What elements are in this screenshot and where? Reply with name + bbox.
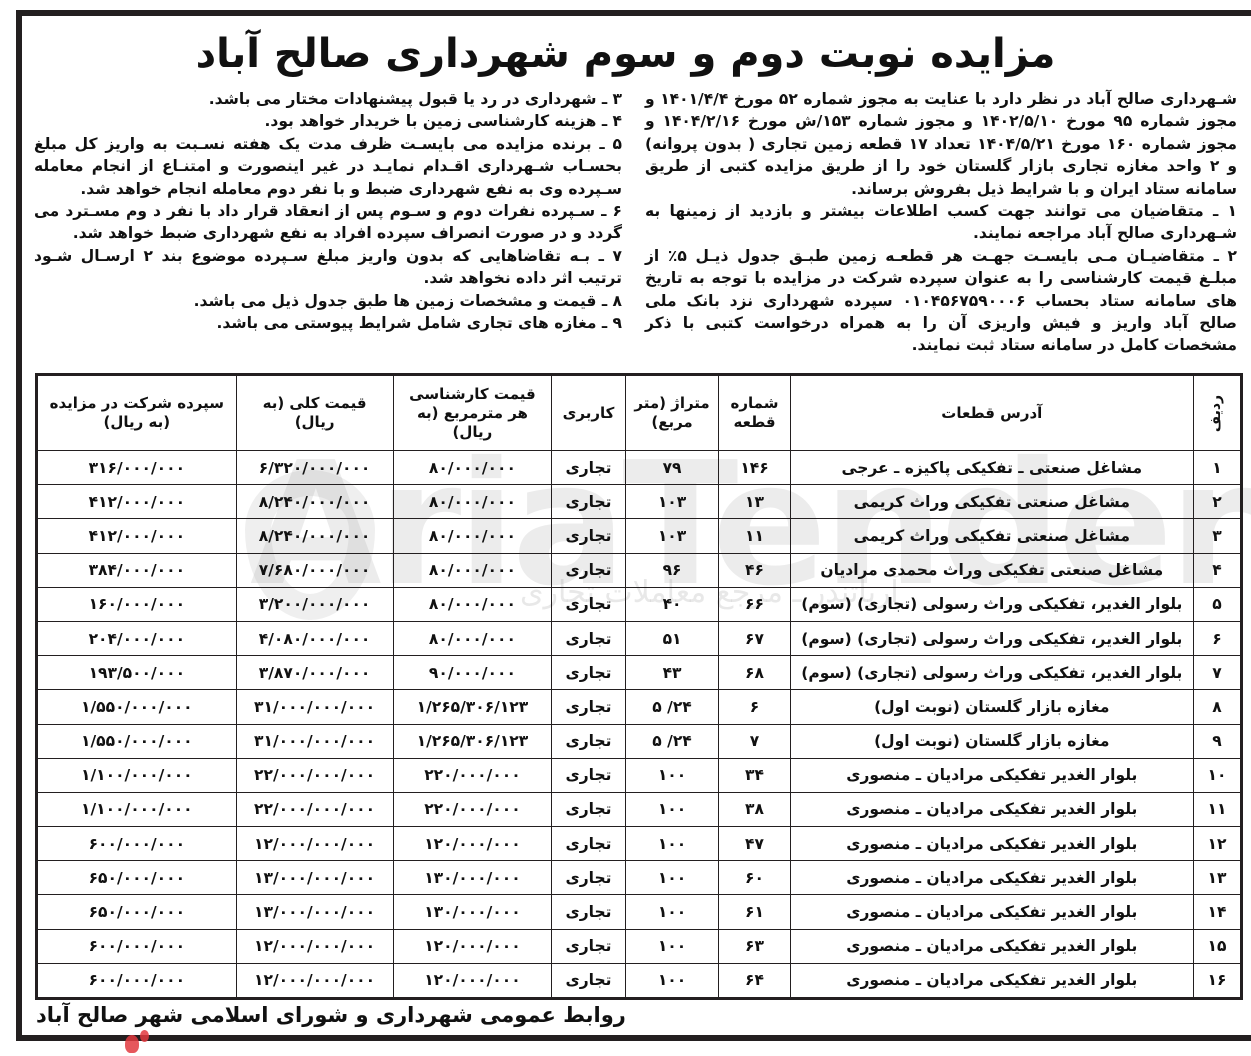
cell-row: ۱۲ bbox=[1193, 827, 1241, 861]
cell-plot-no: ۱۴۶ bbox=[719, 451, 790, 485]
table-header-row: ردیف آدرس قطعات شماره قطعه متراژ (متر مر… bbox=[37, 375, 1242, 451]
table-row: ۱۵بلوار الغدیر تفکیکی مرادیان ـ منصوری۶۳… bbox=[37, 929, 1242, 963]
cell-row: ۱۴ bbox=[1193, 895, 1241, 929]
cell-unit-price: ۱۲۰/۰۰۰/۰۰۰ bbox=[393, 963, 552, 998]
cell-deposit: ۶۰۰/۰۰۰/۰۰۰ bbox=[37, 929, 237, 963]
table-body: ۱مشاغل صنعتی ـ تفکیکی پاکیزه ـ عرجی۱۴۶۷۹… bbox=[37, 451, 1242, 999]
cell-unit-price: ۱۳۰/۰۰۰/۰۰۰ bbox=[393, 861, 552, 895]
cell-area: ۴۰ bbox=[625, 587, 719, 621]
cell-area: ۱۰۰ bbox=[625, 963, 719, 998]
table-row: ۹مغازه بازار گلستان (نوبت اول)۷۲۴/ ۵تجار… bbox=[37, 724, 1242, 758]
cell-plot-no: ۶۳ bbox=[719, 929, 790, 963]
header-total-price: قیمت کلی (به ریال) bbox=[236, 375, 393, 451]
notice-title: مزایده نوبت دوم و سوم شهرداری صالح آباد bbox=[0, 26, 1251, 82]
cell-address: مغازه بازار گلستان (نوبت اول) bbox=[790, 690, 1193, 724]
cell-usage: تجاری bbox=[552, 519, 625, 553]
cell-area: ۹۶ bbox=[625, 553, 719, 587]
cell-row: ۱۱ bbox=[1193, 792, 1241, 826]
condition-item-7: ۷ ـ بـه تقاضاهایی که بدون واریز مبلغ سـپ… bbox=[34, 245, 622, 290]
cell-total-price: ۷/۶۸۰/۰۰۰/۰۰۰ bbox=[236, 553, 393, 587]
intro-column: شـهرداری صالح آباد در نظر دارد با عنایت … bbox=[645, 88, 1237, 357]
table-row: ۳مشاغل صنعتی تفکیکی وراث کریمی۱۱۱۰۳تجاری… bbox=[37, 519, 1242, 553]
cell-usage: تجاری bbox=[552, 621, 625, 655]
cell-unit-price: ۸۰/۰۰۰/۰۰۰ bbox=[393, 587, 552, 621]
cell-deposit: ۱۶۰/۰۰۰/۰۰۰ bbox=[37, 587, 237, 621]
cell-unit-price: ۱۲۰/۰۰۰/۰۰۰ bbox=[393, 827, 552, 861]
cell-total-price: ۳/۸۷۰/۰۰۰/۰۰۰ bbox=[236, 656, 393, 690]
cell-area: ۱۰۰ bbox=[625, 827, 719, 861]
cell-total-price: ۱۲/۰۰۰/۰۰۰/۰۰۰ bbox=[236, 827, 393, 861]
cell-plot-no: ۳۴ bbox=[719, 758, 790, 792]
cell-usage: تجاری bbox=[552, 724, 625, 758]
cell-area: ۱۰۰ bbox=[625, 861, 719, 895]
cell-address: بلوار الغدیر تفکیکی مرادیان ـ منصوری bbox=[790, 929, 1193, 963]
cell-row: ۹ bbox=[1193, 724, 1241, 758]
cell-plot-no: ۷ bbox=[719, 724, 790, 758]
condition-item-1: ۱ ـ متقاضیان می توانند جهت کسب اطلاعات ب… bbox=[645, 200, 1237, 245]
cell-plot-no: ۶۰ bbox=[719, 861, 790, 895]
cell-usage: تجاری bbox=[552, 792, 625, 826]
cell-unit-price: ۸۰/۰۰۰/۰۰۰ bbox=[393, 553, 552, 587]
cell-address: بلوار الغدیر، تفکیکی وراث رسولی (تجاری) … bbox=[790, 621, 1193, 655]
cell-area: ۱۰۰ bbox=[625, 929, 719, 963]
header-area: متراژ (متر مربع) bbox=[625, 375, 719, 451]
table-row: ۱۶بلوار الغدیر تفکیکی مرادیان ـ منصوری۶۴… bbox=[37, 963, 1242, 998]
cell-total-price: ۱۳/۰۰۰/۰۰۰/۰۰۰ bbox=[236, 861, 393, 895]
table-row: ۲مشاغل صنعتی تفکیکی وراث کریمی۱۳۱۰۳تجاری… bbox=[37, 485, 1242, 519]
cell-address: مشاغل صنعتی تفکیکی وراث کریمی bbox=[790, 485, 1193, 519]
table-row: ۴مشاغل صنعتی تفکیکی وراث محمدی مرادیان۴۶… bbox=[37, 553, 1242, 587]
condition-item-9: ۹ ـ مغازه های تجاری شامل شرایط پیوستی می… bbox=[34, 312, 622, 334]
cell-plot-no: ۶۴ bbox=[719, 963, 790, 998]
cell-usage: تجاری bbox=[552, 587, 625, 621]
cell-area: ۴۳ bbox=[625, 656, 719, 690]
cell-row: ۴ bbox=[1193, 553, 1241, 587]
red-ink-mark bbox=[125, 1035, 139, 1053]
cell-deposit: ۶۵۰/۰۰۰/۰۰۰ bbox=[37, 895, 237, 929]
cell-deposit: ۱/۵۵۰/۰۰۰/۰۰۰ bbox=[37, 724, 237, 758]
header-row-number: ردیف bbox=[1193, 375, 1241, 451]
cell-area: ۱۰۳ bbox=[625, 519, 719, 553]
cell-unit-price: ۸۰/۰۰۰/۰۰۰ bbox=[393, 621, 552, 655]
cell-unit-price: ۱۳۰/۰۰۰/۰۰۰ bbox=[393, 895, 552, 929]
table-row: ۸مغازه بازار گلستان (نوبت اول)۶۲۴/ ۵تجار… bbox=[37, 690, 1242, 724]
cell-area: ۵۱ bbox=[625, 621, 719, 655]
cell-row: ۱۳ bbox=[1193, 861, 1241, 895]
cell-address: بلوار الغدیر، تفکیکی وراث رسولی (تجاری) … bbox=[790, 656, 1193, 690]
cell-unit-price: ۹۰/۰۰۰/۰۰۰ bbox=[393, 656, 552, 690]
cell-row: ۱ bbox=[1193, 451, 1241, 485]
cell-area: ۲۴/ ۵ bbox=[625, 724, 719, 758]
cell-total-price: ۱۲/۰۰۰/۰۰۰/۰۰۰ bbox=[236, 963, 393, 998]
cell-row: ۲ bbox=[1193, 485, 1241, 519]
cell-address: بلوار الغدیر تفکیکی مرادیان ـ منصوری bbox=[790, 963, 1193, 998]
condition-item-5: ۵ ـ برنده مزایده می بایسـت ظرف مدت یک هف… bbox=[34, 133, 622, 200]
cell-row: ۶ bbox=[1193, 621, 1241, 655]
cell-usage: تجاری bbox=[552, 963, 625, 998]
cell-deposit: ۶۰۰/۰۰۰/۰۰۰ bbox=[37, 963, 237, 998]
cell-deposit: ۱/۵۵۰/۰۰۰/۰۰۰ bbox=[37, 690, 237, 724]
condition-item-2: ۲ ـ متقاضیـان مـی بایسـت جهـت هر قطعـه ز… bbox=[645, 245, 1237, 357]
cell-deposit: ۶۵۰/۰۰۰/۰۰۰ bbox=[37, 861, 237, 895]
cell-plot-no: ۶۷ bbox=[719, 621, 790, 655]
cell-total-price: ۱۳/۰۰۰/۰۰۰/۰۰۰ bbox=[236, 895, 393, 929]
header-deposit: سپرده شرکت در مزایده (به ریال) bbox=[37, 375, 237, 451]
cell-total-price: ۱۲/۰۰۰/۰۰۰/۰۰۰ bbox=[236, 929, 393, 963]
cell-row: ۸ bbox=[1193, 690, 1241, 724]
cell-area: ۱۰۰ bbox=[625, 758, 719, 792]
cell-deposit: ۱۹۳/۵۰۰/۰۰۰ bbox=[37, 656, 237, 690]
cell-row: ۱۶ bbox=[1193, 963, 1241, 998]
cell-row: ۷ bbox=[1193, 656, 1241, 690]
cell-area: ۱۰۰ bbox=[625, 792, 719, 826]
cell-usage: تجاری bbox=[552, 451, 625, 485]
cell-address: بلوار الغدیر تفکیکی مرادیان ـ منصوری bbox=[790, 758, 1193, 792]
header-unit-price: قیمت کارشناسی هر مترمربع (به ریال) bbox=[393, 375, 552, 451]
table-row: ۱۳بلوار الغدیر تفکیکی مرادیان ـ منصوری۶۰… bbox=[37, 861, 1242, 895]
header-usage: کاربری bbox=[552, 375, 625, 451]
cell-deposit: ۱/۱۰۰/۰۰۰/۰۰۰ bbox=[37, 758, 237, 792]
cell-plot-no: ۶ bbox=[719, 690, 790, 724]
cell-address: مغازه بازار گلستان (نوبت اول) bbox=[790, 724, 1193, 758]
cell-deposit: ۳۱۶/۰۰۰/۰۰۰ bbox=[37, 451, 237, 485]
cell-deposit: ۲۰۴/۰۰۰/۰۰۰ bbox=[37, 621, 237, 655]
condition-item-3: ۳ ـ شهرداری در رد یا قبول پیشنهادات مختا… bbox=[34, 88, 622, 110]
cell-deposit: ۳۸۴/۰۰۰/۰۰۰ bbox=[37, 553, 237, 587]
table-row: ۱مشاغل صنعتی ـ تفکیکی پاکیزه ـ عرجی۱۴۶۷۹… bbox=[37, 451, 1242, 485]
cell-row: ۱۵ bbox=[1193, 929, 1241, 963]
cell-address: بلوار الغدیر، تفکیکی وراث رسولی (تجاری) … bbox=[790, 587, 1193, 621]
cell-usage: تجاری bbox=[552, 485, 625, 519]
cell-unit-price: ۱۲۰/۰۰۰/۰۰۰ bbox=[393, 929, 552, 963]
intro-paragraph: شـهرداری صالح آباد در نظر دارد با عنایت … bbox=[645, 88, 1237, 200]
cell-deposit: ۱/۱۰۰/۰۰۰/۰۰۰ bbox=[37, 792, 237, 826]
cell-plot-no: ۶۶ bbox=[719, 587, 790, 621]
cell-usage: تجاری bbox=[552, 929, 625, 963]
cell-unit-price: ۸۰/۰۰۰/۰۰۰ bbox=[393, 519, 552, 553]
cell-total-price: ۲۲/۰۰۰/۰۰۰/۰۰۰ bbox=[236, 758, 393, 792]
cell-area: ۱۰۳ bbox=[625, 485, 719, 519]
cell-usage: تجاری bbox=[552, 690, 625, 724]
cell-plot-no: ۱۱ bbox=[719, 519, 790, 553]
cell-address: مشاغل صنعتی ـ تفکیکی پاکیزه ـ عرجی bbox=[790, 451, 1193, 485]
cell-address: بلوار الغدیر تفکیکی مرادیان ـ منصوری bbox=[790, 792, 1193, 826]
footer-signature: روابط عمومی شهرداری و شورای اسلامی شهر ص… bbox=[36, 1003, 626, 1027]
cell-unit-price: ۱/۲۶۵/۳۰۶/۱۲۳ bbox=[393, 724, 552, 758]
table-row: ۱۰بلوار الغدیر تفکیکی مرادیان ـ منصوری۳۴… bbox=[37, 758, 1242, 792]
cell-plot-no: ۴۷ bbox=[719, 827, 790, 861]
cell-total-price: ۲۲/۰۰۰/۰۰۰/۰۰۰ bbox=[236, 792, 393, 826]
cell-row: ۳ bbox=[1193, 519, 1241, 553]
cell-usage: تجاری bbox=[552, 758, 625, 792]
plots-table: ردیف آدرس قطعات شماره قطعه متراژ (متر مر… bbox=[35, 373, 1243, 1000]
table-row: ۱۱بلوار الغدیر تفکیکی مرادیان ـ منصوری۳۸… bbox=[37, 792, 1242, 826]
header-plot-number: شماره قطعه bbox=[719, 375, 790, 451]
cell-address: بلوار الغدیر تفکیکی مرادیان ـ منصوری bbox=[790, 895, 1193, 929]
cell-total-price: ۳/۲۰۰/۰۰۰/۰۰۰ bbox=[236, 587, 393, 621]
cell-total-price: ۶/۳۲۰/۰۰۰/۰۰۰ bbox=[236, 451, 393, 485]
table-row: ۷بلوار الغدیر، تفکیکی وراث رسولی (تجاری)… bbox=[37, 656, 1242, 690]
cell-address: مشاغل صنعتی تفکیکی وراث محمدی مرادیان bbox=[790, 553, 1193, 587]
cell-address: بلوار الغدیر تفکیکی مرادیان ـ منصوری bbox=[790, 827, 1193, 861]
cell-total-price: ۸/۲۴۰/۰۰۰/۰۰۰ bbox=[236, 519, 393, 553]
condition-item-6: ۶ ـ سـپرده نفرات دوم و سـوم پس از انعقاد… bbox=[34, 200, 622, 245]
condition-item-8: ۸ ـ قیمت و مشخصات زمین ها طبق جدول ذیل م… bbox=[34, 290, 622, 312]
cell-plot-no: ۳۸ bbox=[719, 792, 790, 826]
cell-address: مشاغل صنعتی تفکیکی وراث کریمی bbox=[790, 519, 1193, 553]
cell-area: ۱۰۰ bbox=[625, 895, 719, 929]
cell-total-price: ۸/۲۴۰/۰۰۰/۰۰۰ bbox=[236, 485, 393, 519]
cell-unit-price: ۲۲۰/۰۰۰/۰۰۰ bbox=[393, 792, 552, 826]
cell-usage: تجاری bbox=[552, 895, 625, 929]
cell-usage: تجاری bbox=[552, 827, 625, 861]
header-address: آدرس قطعات bbox=[790, 375, 1193, 451]
cell-plot-no: ۶۱ bbox=[719, 895, 790, 929]
cell-row: ۱۰ bbox=[1193, 758, 1241, 792]
cell-total-price: ۴/۰۸۰/۰۰۰/۰۰۰ bbox=[236, 621, 393, 655]
table-row: ۱۲بلوار الغدیر تفکیکی مرادیان ـ منصوری۴۷… bbox=[37, 827, 1242, 861]
cell-usage: تجاری bbox=[552, 861, 625, 895]
cell-address: بلوار الغدیر تفکیکی مرادیان ـ منصوری bbox=[790, 861, 1193, 895]
cell-deposit: ۴۱۲/۰۰۰/۰۰۰ bbox=[37, 519, 237, 553]
cell-deposit: ۶۰۰/۰۰۰/۰۰۰ bbox=[37, 827, 237, 861]
cell-deposit: ۴۱۲/۰۰۰/۰۰۰ bbox=[37, 485, 237, 519]
conditions-column: ۳ ـ شهرداری در رد یا قبول پیشنهادات مختا… bbox=[34, 88, 622, 334]
cell-total-price: ۳۱/۰۰۰/۰۰۰/۰۰۰ bbox=[236, 724, 393, 758]
cell-row: ۵ bbox=[1193, 587, 1241, 621]
condition-item-4: ۴ ـ هزینه کارشناسی زمین با خریدار خواهد … bbox=[34, 110, 622, 132]
table-row: ۱۴بلوار الغدیر تفکیکی مرادیان ـ منصوری۶۱… bbox=[37, 895, 1242, 929]
cell-usage: تجاری bbox=[552, 656, 625, 690]
cell-area: ۷۹ bbox=[625, 451, 719, 485]
cell-unit-price: ۲۲۰/۰۰۰/۰۰۰ bbox=[393, 758, 552, 792]
cell-area: ۲۴/ ۵ bbox=[625, 690, 719, 724]
cell-unit-price: ۸۰/۰۰۰/۰۰۰ bbox=[393, 485, 552, 519]
table-row: ۶بلوار الغدیر، تفکیکی وراث رسولی (تجاری)… bbox=[37, 621, 1242, 655]
cell-plot-no: ۴۶ bbox=[719, 553, 790, 587]
red-ink-mark-small bbox=[140, 1030, 149, 1042]
cell-total-price: ۳۱/۰۰۰/۰۰۰/۰۰۰ bbox=[236, 690, 393, 724]
cell-unit-price: ۱/۲۶۵/۳۰۶/۱۲۳ bbox=[393, 690, 552, 724]
cell-plot-no: ۶۸ bbox=[719, 656, 790, 690]
table-row: ۵بلوار الغدیر، تفکیکی وراث رسولی (تجاری)… bbox=[37, 587, 1242, 621]
cell-usage: تجاری bbox=[552, 553, 625, 587]
cell-unit-price: ۸۰/۰۰۰/۰۰۰ bbox=[393, 451, 552, 485]
cell-plot-no: ۱۳ bbox=[719, 485, 790, 519]
